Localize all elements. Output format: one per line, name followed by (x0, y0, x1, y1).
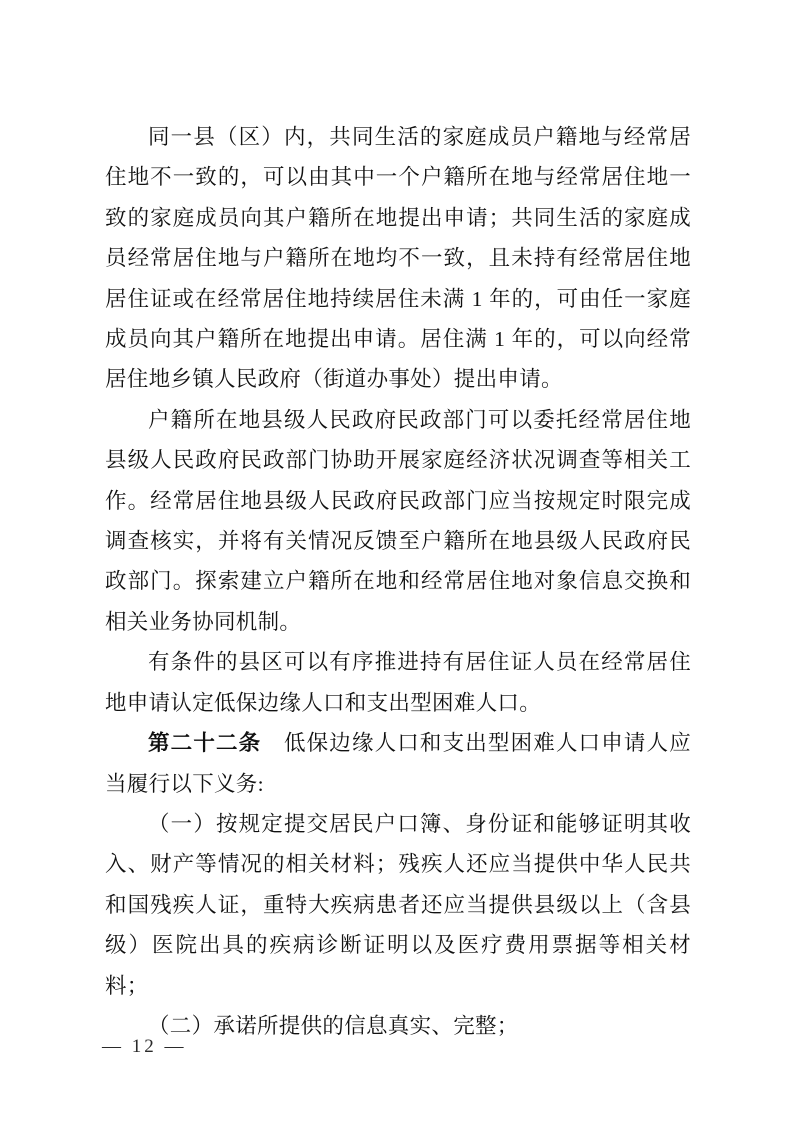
paragraph: 户籍所在地县级人民政府民政部门可以委托经常居住地县级人民政府民政部门协助开展家庭… (105, 400, 691, 642)
article-number: 第二十二条 (148, 731, 261, 755)
document-body: 同一县（区）内，共同生活的家庭成员户籍地与经常居住地不一致的，可以由其中一个户籍… (105, 117, 691, 1046)
paragraph: 第二十二条 低保边缘人口和支出型困难人口申请人应当履行以下义务: (105, 723, 691, 804)
document-page: 同一县（区）内，共同生活的家庭成员户籍地与经常居住地不一致的，可以由其中一个户籍… (0, 0, 793, 1122)
page-number: — 12 — (102, 1036, 187, 1058)
paragraph: 有条件的县区可以有序推进持有居住证人员在经常居住地申请认定低保边缘人口和支出型困… (105, 642, 691, 723)
paragraph: 同一县（区）内，共同生活的家庭成员户籍地与经常居住地不一致的，可以由其中一个户籍… (105, 117, 691, 400)
paragraph: （二）承诺所提供的信息真实、完整； (105, 1006, 691, 1046)
paragraph: （一）按规定提交居民户口簿、身份证和能够证明其收入、财产等情况的相关材料；残疾人… (105, 804, 691, 1006)
